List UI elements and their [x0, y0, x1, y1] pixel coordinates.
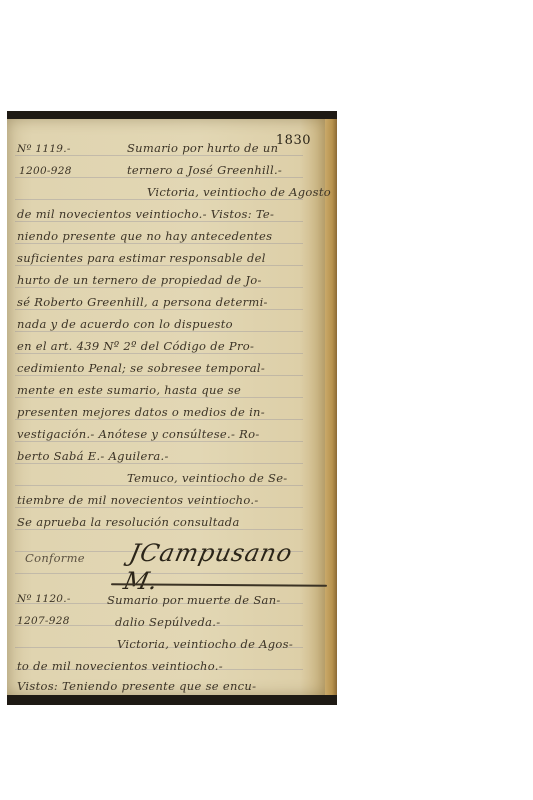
body-line: niendo presente que no hay antecedentes: [17, 229, 272, 243]
case-number: 1200-928: [19, 165, 72, 177]
body-line: Temuco, veintiocho de Se-: [127, 471, 288, 485]
ruled-line: [15, 463, 303, 464]
body-line: vestigación.- Anótese y consúltese.- Ro-: [17, 427, 260, 441]
body-line: hurto de un ternero de propiedad de Jo-: [17, 273, 262, 287]
body-line: berto Sabá E.- Aguilera.-: [17, 449, 169, 463]
ruled-line: [15, 243, 303, 244]
body-line: de mil novecientos veintiocho.- Vistos: …: [17, 207, 274, 221]
ruled-line: [15, 353, 303, 354]
body-line: Victoria, veintiocho de Agosto: [147, 185, 331, 199]
body-line: tiembre de mil novecientos veintiocho.-: [17, 493, 259, 507]
case-number: 1207-928: [17, 615, 70, 627]
ruled-line: [15, 309, 303, 310]
ruled-line: [15, 529, 303, 530]
ruled-line: [15, 155, 303, 156]
ruled-line: [15, 221, 303, 222]
body-line: mente en este sumario, hasta que se: [17, 383, 241, 397]
body-line: en el art. 439 Nº 2º del Código de Pro-: [17, 339, 254, 353]
body-line: sé Roberto Greenhill, a persona determi-: [17, 295, 268, 309]
body-line: Se aprueba la resolución consultada: [17, 515, 240, 529]
ruled-line: [15, 419, 303, 420]
ruled-line: [15, 397, 303, 398]
ruled-line: [15, 375, 303, 376]
ruled-line: [15, 485, 303, 486]
entry-heading: Sumario por muerte de San-: [107, 593, 281, 607]
body-line: Victoria, veintiocho de Agos-: [117, 637, 293, 651]
body-line: Vistos: Teniendo presente que se encu-: [17, 679, 256, 693]
page-edge: [325, 119, 337, 695]
entry-heading: dalio Sepúlveda.-: [115, 615, 220, 629]
ledger-page: 1830 Nº 1119.- 1200-928 Sumario por hurt…: [7, 119, 325, 695]
scanned-page: 1830 Nº 1119.- 1200-928 Sumario por hurt…: [7, 111, 337, 705]
entry-heading: Sumario por hurto de un: [127, 141, 278, 155]
ruled-line: [15, 441, 303, 442]
entry-number: Nº 1119.-: [17, 143, 71, 155]
body-line: cedimiento Penal; se sobresee temporal-: [17, 361, 265, 375]
body-line: nada y de acuerdo con lo dispuesto: [17, 317, 233, 331]
ruled-line: [15, 265, 303, 266]
body-line: presenten mejores datos o medios de in-: [17, 405, 265, 419]
ruled-line: [15, 199, 303, 200]
entry-number: Nº 1120.-: [17, 593, 71, 605]
body-line: suficientes para estimar responsable del: [17, 251, 266, 265]
closing-word: Conforme: [25, 551, 85, 565]
ruled-line: [15, 177, 303, 178]
body-line: to de mil novecientos veintiocho.-: [17, 659, 223, 673]
ruled-line: [15, 287, 303, 288]
signature: JCampusano M.: [121, 539, 331, 595]
entry-heading: ternero a José Greenhill.-: [127, 163, 282, 177]
page-number: 1830: [276, 133, 311, 148]
ruled-line: [15, 507, 303, 508]
ruled-line: [15, 331, 303, 332]
